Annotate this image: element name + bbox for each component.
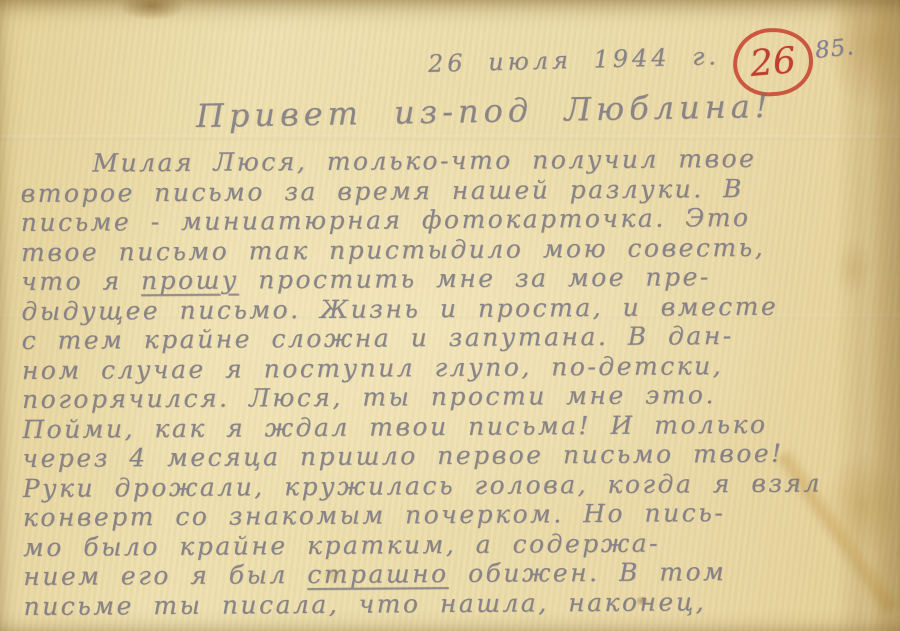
letter-line: письме - миниатюрная фотокарточка. Это [21,202,887,238]
paper-sheet: 26 июля 1944 г. 26 85. Привет из-под Люб… [0,0,900,631]
letter-line: конверт со знакомым почерком. Но пись- [23,497,889,533]
letter-line: мо было крайне кратким, а содержа- [23,526,889,562]
letter-line: Милая Люся, только-что получил твое [20,143,886,179]
paper-stain-streak [773,447,900,616]
circled-number-value: 26 [748,40,797,85]
paper-crease [0,136,900,139]
letter-line: с тем крайне сложна и запутана. В дан- [22,320,888,356]
letter-line: Руки дрожали, кружилась голова, когда я … [23,467,889,503]
letter-scan: 26 июля 1944 г. 26 85. Привет из-под Люб… [0,0,900,631]
letter-line: ном случае я поступил глупо, по-детски, [22,349,888,385]
letter-line: погорячился. Люся, ты прости мне это. [22,379,888,415]
salutation-line: Привет из-под Люблина! [196,87,773,135]
letter-line: твое письмо так пристыдило мою совесть, [21,231,887,267]
corner-number: 85. [814,34,856,64]
letter-line: письме ты писала, что нашла, наконец, [23,585,889,621]
red-circled-number: 26 [730,25,816,100]
letter-body: Милая Люся, только-что получил твое втор… [20,143,889,629]
date-line: 26 июля 1944 г. [428,42,721,78]
letter-line: Пойми, как я ждал твои письма! И только [22,408,888,444]
letter-line: дыдущее письмо. Жизнь и проста, и вместе [21,290,887,326]
letter-line: нием его я был страшно обижен. В том [23,556,889,592]
letter-line: второе письмо за время нашей разлуки. В [21,172,887,208]
paper-fold-shadow [836,0,894,631]
paper-crease [0,315,900,318]
letter-line: что я прошу простить мне за мое пре- [21,261,887,297]
letter-line: через 4 месяца пришло первое письмо твое… [22,438,888,474]
